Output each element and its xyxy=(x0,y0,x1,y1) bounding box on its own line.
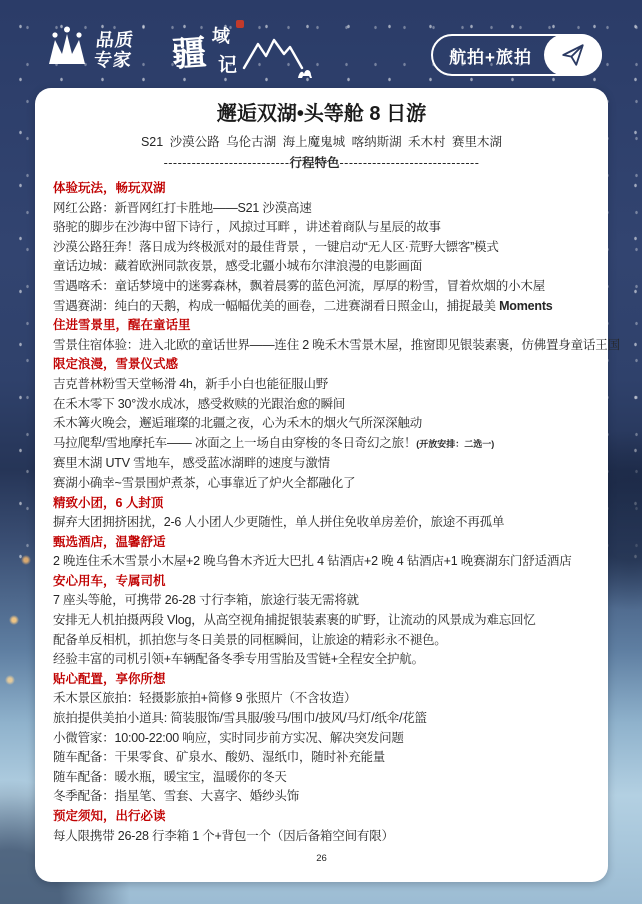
feature-line: 在禾木零下 30°泼水成冰，感受救赎的光跟治愈的瞬间 xyxy=(53,395,590,415)
feature-line: 2 晚连住禾木雪景小木屋+2 晚乌鲁木齐近大巴扎 4 钻酒店+2 晚 4 钻酒店… xyxy=(53,552,590,572)
paper-plane-icon xyxy=(560,42,586,68)
feature-line: 骆驼的脚步在沙海中留下诗行 ，风掠过耳畔 ，讲述着商队与星辰的故事 xyxy=(53,218,590,238)
feature-heading: 甄选酒店，温馨舒适 xyxy=(53,533,590,553)
mountain-camel-icon xyxy=(242,36,320,82)
feature-line: 摒弃大团拥挤困扰，2-6 人小团人少更随性，单人拼住免收单房差价，旅途不再孤单 xyxy=(53,513,590,533)
divider-dashes-right: ------------------------------ xyxy=(340,156,480,170)
feature-line: 沙漠公路狂奔！落日成为终极派对的最佳背景 ，一键启动“无人区·荒野大镖客”模式 xyxy=(53,238,590,258)
feature-line: 随车配备：干果零食、矿泉水、酸奶、湿纸巾，随时补充能量 xyxy=(53,748,590,768)
brochure-page: 品质 专家 疆 域 记 航拍+旅拍 邂逅双湖•头等舱 8 日 xyxy=(0,0,642,904)
itinerary-card: 邂逅双湖•头等舱 8 日游 S21 沙漠公路 乌伦古湖 海上魔鬼城 喀纳斯湖 禾… xyxy=(35,88,608,882)
section-divider: ---------------------------行程特色---------… xyxy=(53,154,590,172)
feature-line: 吉克普林粉雪天堂畅滑 4h，新手小白也能征服山野 xyxy=(53,375,590,395)
feature-line: 禾木篝火晚会，邂逅璀璨的北疆之夜，心为禾木的烟火气所深深触动 xyxy=(53,414,590,434)
feature-line: 禾木景区旅拍：轻摄影旅拍+简修 9 张照片（不含妆造） xyxy=(53,689,590,709)
feature-heading: 贴心配置，享你所想 xyxy=(53,670,590,690)
feature-line: 经验丰富的司机引领+车辆配备冬季专用雪胎及雪链+全程安全护航。 xyxy=(53,650,590,670)
feature-line: 7 座头等舱，可携带 26-28 寸行李箱，旅途行装无需将就 xyxy=(53,591,590,611)
feature-line: 雪遇喀禾：童话梦境中的迷雾森林，飘着晨雾的蓝色河流，厚厚的粉雪，冒着炊烟的小木屋 xyxy=(53,277,590,297)
divider-dashes-left: --------------------------- xyxy=(164,156,290,170)
feature-heading: 住进雪景里，醒在童话里 xyxy=(53,316,590,336)
feature-line: 小微管家：10:00-22:00 响应，实时同步前方实况、解决突发问题 xyxy=(53,729,590,749)
feature-line: 安排无人机拍摄两段 Vlog，从高空视角捕捉银装素裹的旷野，让流动的风景成为难忘… xyxy=(53,611,590,631)
feature-heading: 预定须知，出行必读 xyxy=(53,807,590,827)
divider-label: 行程特色 xyxy=(289,156,339,170)
page-title: 邂逅双湖•头等舱 8 日游 xyxy=(53,100,590,128)
quality-logo-line1: 品质 xyxy=(95,30,135,50)
quality-expert-logo: 品质 专家 xyxy=(44,26,133,73)
feature-line: 旅拍提供美拍小道具: 简装服饰/雪具服/骏马/围巾/披风/马灯/纸伞/花篮 xyxy=(53,709,590,729)
aerial-photo-badge[interactable]: 航拍+旅拍 xyxy=(431,34,602,76)
feature-line: 赛里木湖 UTV 雪地车，感受蓝冰湖畔的速度与激情 xyxy=(53,454,590,474)
brand-char-main: 疆 xyxy=(170,25,207,76)
feature-line: 配备单反相机，抓拍您与冬日美景的同框瞬间，让旅途的精彩永不褪色。 xyxy=(53,631,590,651)
feature-line: 赛湖小确幸~雪景围炉煮茶，心事靠近了炉火全都融化了 xyxy=(53,474,590,494)
red-seal xyxy=(236,20,244,28)
quality-logo-text: 品质 专家 xyxy=(93,30,135,70)
brand-char-top: 域 xyxy=(211,22,230,49)
feature-line: 雪景住宿体验：进入北欧的童话世界——连住 2 晚禾木雪景木屋，推窗即见银装素裹，… xyxy=(53,336,590,356)
feature-line: 冬季配备：指星笔、雪套、大喜字、婚纱头饰 xyxy=(53,787,590,807)
aerial-badge-label: 航拍+旅拍 xyxy=(433,43,544,68)
feature-line: 网红公路：新晋网红打卡胜地——S21 沙漠高速 xyxy=(53,199,590,219)
page-header: 品质 专家 疆 域 记 航拍+旅拍 xyxy=(0,0,642,90)
feature-line: 马拉爬犁/雪地摩托车—— 冰面之上一场自由穿梭的冬日奇幻之旅！(开放安排：二选一… xyxy=(53,434,590,455)
brand-char-bottom: 记 xyxy=(218,50,237,77)
feature-line: 童话边城：藏着欧洲同款夜景，感受北疆小城布尔津浪漫的电影画面 xyxy=(53,257,590,277)
feature-heading: 精致小团，6 人封顶 xyxy=(53,494,590,514)
features-list: 体验玩法，畅玩双湖网红公路：新晋网红打卡胜地——S21 沙漠高速骆驼的脚步在沙海… xyxy=(53,179,590,846)
crown-icon xyxy=(44,26,90,73)
feature-line: 雪遇赛湖：纯白的天鹅，构成一幅幅优美的画卷，二进赛湖看日照金山，捕捉最美 Mom… xyxy=(53,297,590,317)
quality-logo-line2: 专家 xyxy=(93,50,133,70)
feature-heading: 限定浪漫，雪景仪式感 xyxy=(53,355,590,375)
paper-plane-chip xyxy=(544,34,602,76)
feature-line: 随车配备：暖水瓶，暖宝宝，温暖你的冬天 xyxy=(53,768,590,788)
route-subtitle: S21 沙漠公路 乌伦古湖 海上魔鬼城 喀纳斯湖 禾木村 赛里木湖 xyxy=(53,133,590,151)
feature-heading: 安心用车，专属司机 xyxy=(53,572,590,592)
brand-calligraphy-logo: 疆 域 记 xyxy=(172,20,322,86)
feature-heading: 体验玩法，畅玩双湖 xyxy=(53,179,590,199)
page-number: 26 xyxy=(53,853,590,864)
feature-line: 每人限携带 26-28 行李箱 1 个+背包一个（因后备箱空间有限） xyxy=(53,827,590,847)
